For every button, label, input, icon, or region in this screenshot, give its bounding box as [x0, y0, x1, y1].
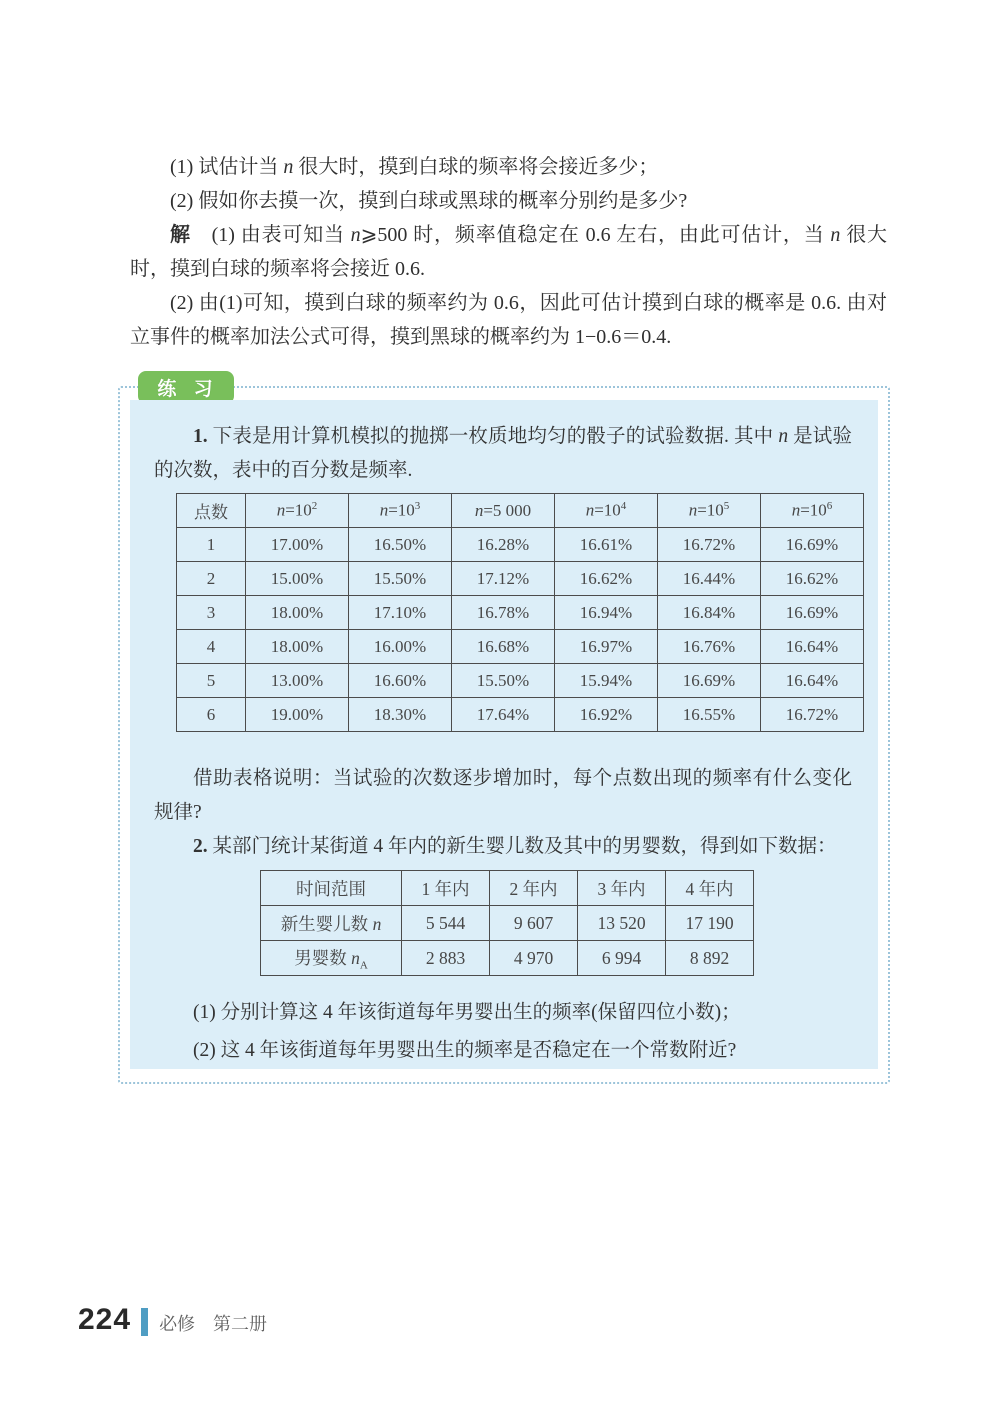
problem-2-question-1: (1) 分别计算这 4 年该街道每年男婴出生的频率(保留四位小数)；	[130, 996, 878, 1030]
birth-value-cell: 9 607	[490, 906, 578, 941]
dice-table-body: 117.00%16.50%16.28%16.61%16.72%16.69%215…	[177, 528, 864, 732]
dice-frequency-cell: 17.10%	[349, 596, 452, 630]
dice-frequency-cell: 16.28%	[452, 528, 555, 562]
problem-2-text: 2. 某部门统计某街道 4 年内的新生婴儿数及其中的男婴数，得到如下数据：	[130, 830, 878, 864]
dice-frequency-cell: 13.00%	[246, 664, 349, 698]
dice-frequency-cell: 15.94%	[555, 664, 658, 698]
dice-frequency-cell: 16.92%	[555, 698, 658, 732]
birth-value-cell: 2 883	[402, 941, 490, 976]
footer-divider-bar	[141, 1308, 148, 1336]
dice-frequency-cell: 18.30%	[349, 698, 452, 732]
dice-score-cell: 5	[177, 664, 246, 698]
dice-frequency-cell: 16.94%	[555, 596, 658, 630]
practice-box: 练 习 1. 下表是用计算机模拟的抛掷一枚质地均匀的骰子的试验数据. 其中 n …	[118, 386, 890, 1084]
dice-table-head: 点数n=102n=103n=5 000n=104n=105n=106	[177, 494, 864, 528]
birth-table: 时间范围1 年内2 年内3 年内4 年内 新生婴儿数 n5 5449 60713…	[260, 870, 754, 976]
dice-frequency-cell: 17.12%	[452, 562, 555, 596]
dice-row: 513.00%16.60%15.50%15.94%16.69%16.64%	[177, 664, 864, 698]
dice-col-header: 点数	[177, 494, 246, 528]
birth-col-header: 3 年内	[578, 871, 666, 906]
dice-frequency-cell: 16.69%	[761, 596, 864, 630]
birth-col-header: 时间范围	[261, 871, 402, 906]
birth-row: 新生婴儿数 n5 5449 60713 52017 190	[261, 906, 754, 941]
problem-1-text: 1. 下表是用计算机模拟的抛掷一枚质地均匀的骰子的试验数据. 其中 n 是试验的…	[130, 400, 878, 488]
dice-frequency-cell: 15.00%	[246, 562, 349, 596]
birth-value-cell: 5 544	[402, 906, 490, 941]
dice-row: 215.00%15.50%17.12%16.62%16.44%16.62%	[177, 562, 864, 596]
dice-frequency-cell: 16.62%	[761, 562, 864, 596]
dice-frequency-cell: 16.50%	[349, 528, 452, 562]
dice-row: 117.00%16.50%16.28%16.61%16.72%16.69%	[177, 528, 864, 562]
birth-table-head: 时间范围1 年内2 年内3 年内4 年内	[261, 871, 754, 906]
birth-col-header: 1 年内	[402, 871, 490, 906]
dice-col-header: n=106	[761, 494, 864, 528]
dice-frequency-cell: 16.78%	[452, 596, 555, 630]
birth-row-label: 新生婴儿数 n	[261, 906, 402, 941]
dice-table: 点数n=102n=103n=5 000n=104n=105n=106 117.0…	[176, 493, 864, 732]
dice-frequency-cell: 16.72%	[761, 698, 864, 732]
dice-frequency-cell: 17.00%	[246, 528, 349, 562]
dice-score-cell: 4	[177, 630, 246, 664]
dice-col-header: n=103	[349, 494, 452, 528]
dice-frequency-cell: 18.00%	[246, 596, 349, 630]
birth-table-body: 新生婴儿数 n5 5449 60713 52017 190男婴数 nA2 883…	[261, 906, 754, 976]
question-line-2: (2) 假如你去摸一次，摸到白球或黑球的概率分别约是多少?	[130, 184, 887, 218]
dice-col-header: n=104	[555, 494, 658, 528]
dice-frequency-cell: 16.69%	[761, 528, 864, 562]
dice-row: 318.00%17.10%16.78%16.94%16.84%16.69%	[177, 596, 864, 630]
practice-badge-label: 练 习	[157, 374, 218, 401]
dice-frequency-cell: 15.50%	[349, 562, 452, 596]
birth-value-cell: 6 994	[578, 941, 666, 976]
book-title: 必修 第二册	[159, 1310, 267, 1336]
dice-frequency-cell: 17.64%	[452, 698, 555, 732]
birth-row-label: 男婴数 nA	[261, 941, 402, 976]
birth-value-cell: 4 970	[490, 941, 578, 976]
dice-frequency-cell: 16.97%	[555, 630, 658, 664]
birth-col-header: 4 年内	[666, 871, 754, 906]
dice-score-cell: 3	[177, 596, 246, 630]
dice-frequency-cell: 16.60%	[349, 664, 452, 698]
dice-frequency-cell: 16.76%	[658, 630, 761, 664]
practice-panel: 1. 下表是用计算机模拟的抛掷一枚质地均匀的骰子的试验数据. 其中 n 是试验的…	[130, 400, 878, 1069]
dice-table-head-row: 点数n=102n=103n=5 000n=104n=105n=106	[177, 494, 864, 528]
dice-frequency-cell: 16.64%	[761, 664, 864, 698]
dice-frequency-cell: 16.69%	[658, 664, 761, 698]
dice-frequency-cell: 19.00%	[246, 698, 349, 732]
solution-part-1: 解 (1) 由表可知当 n⩾500 时，频率值稳定在 0.6 左右，由此可估计，…	[130, 218, 887, 286]
solution-section: (1) 试估计当 n 很大时，摸到白球的频率将会接近多少； (2) 假如你去摸一…	[130, 150, 887, 354]
dice-frequency-cell: 16.64%	[761, 630, 864, 664]
birth-table-head-row: 时间范围1 年内2 年内3 年内4 年内	[261, 871, 754, 906]
birth-value-cell: 17 190	[666, 906, 754, 941]
dice-col-header: n=5 000	[452, 494, 555, 528]
problem-1-question: 借助表格说明：当试验的次数逐步增加时，每个点数出现的频率有什么变化规律?	[130, 762, 878, 830]
solution-part-2: (2) 由(1)可知，摸到白球的频率约为 0.6，因此可估计摸到白球的概率是 0…	[130, 286, 887, 354]
dice-col-header: n=102	[246, 494, 349, 528]
dice-frequency-cell: 16.72%	[658, 528, 761, 562]
dice-frequency-cell: 16.55%	[658, 698, 761, 732]
dice-frequency-cell: 16.68%	[452, 630, 555, 664]
question-line-1: (1) 试估计当 n 很大时，摸到白球的频率将会接近多少；	[130, 150, 887, 184]
page-number: 224	[78, 1303, 131, 1337]
dice-score-cell: 1	[177, 528, 246, 562]
birth-value-cell: 8 892	[666, 941, 754, 976]
dice-frequency-cell: 15.50%	[452, 664, 555, 698]
dice-frequency-cell: 16.62%	[555, 562, 658, 596]
dice-score-cell: 6	[177, 698, 246, 732]
dice-frequency-cell: 16.84%	[658, 596, 761, 630]
dice-frequency-cell: 16.44%	[658, 562, 761, 596]
dice-frequency-cell: 18.00%	[246, 630, 349, 664]
birth-col-header: 2 年内	[490, 871, 578, 906]
dice-frequency-cell: 16.00%	[349, 630, 452, 664]
dice-frequency-cell: 16.61%	[555, 528, 658, 562]
problem-2-question-2: (2) 这 4 年该街道每年男婴出生的频率是否稳定在一个常数附近?	[130, 1034, 878, 1068]
dice-score-cell: 2	[177, 562, 246, 596]
dice-col-header: n=105	[658, 494, 761, 528]
birth-value-cell: 13 520	[578, 906, 666, 941]
dice-row: 619.00%18.30%17.64%16.92%16.55%16.72%	[177, 698, 864, 732]
birth-row: 男婴数 nA2 8834 9706 9948 892	[261, 941, 754, 976]
page-footer: 224 必修 第二册	[78, 1303, 267, 1337]
dice-row: 418.00%16.00%16.68%16.97%16.76%16.64%	[177, 630, 864, 664]
